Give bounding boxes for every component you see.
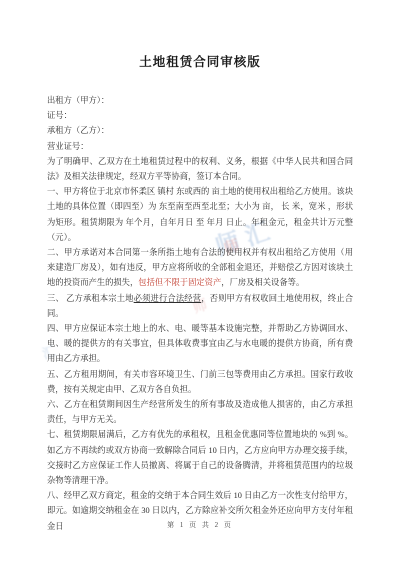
party-lessee-line: 承租方（乙方）：	[47, 123, 353, 138]
clause-7-text: 七、租赁期限届满后，乙方有优先的承租权，且租金优惠同等位置地块的 %到 %。如乙…	[47, 430, 353, 485]
clause-1: 一、甲方将位于北京市怀柔区 镇村 东或西的 亩土地的使用权出租给乙方使用。该块土…	[47, 184, 353, 245]
clause-2: 二、甲方承诺对本合同第一条所指土地有合法的使用权并有权出租给乙方使用（用来建造厂…	[47, 245, 353, 291]
clause-6-text: 六、乙方在租赁期间因生产经营所发生的所有事故及造成他人损害的，由乙方承担责任，与…	[47, 400, 353, 424]
clause-5: 五、乙方租用期间，有关市容环境卫生、门前三包等费用由乙方承担。国家行政收费，按有…	[47, 367, 353, 397]
party-lessor-line: 出租方（甲方）：	[47, 93, 353, 108]
party-cert-line: 证号：	[47, 108, 353, 123]
clause-3: 三、 乙方承租本宗土地必须进行合法经营，否则甲方有权收回土地使用权，终止合同。	[47, 291, 353, 321]
clause-1-text: 一、甲方将位于北京市怀柔区 镇村 东或西的 亩土地的使用权出租给乙方使用。该块土…	[47, 187, 353, 242]
clause-5-text: 五、乙方租用期间，有关市容环境卫生、门前三包等费用由乙方承担。国家行政收费，按有…	[47, 370, 353, 394]
clause-3-text: 三、 乙方承租本宗土地	[47, 294, 134, 303]
clause-2-highlighted-text: 包括但不限于固定资产	[138, 278, 221, 287]
clause-4: 四、甲方应保证本宗土地上的水、电、暖等基本设施完整，并帮助乙方协调回水、电、暖的…	[47, 321, 353, 367]
document-body: 出租方（甲方）： 证号： 承租方（乙方）： 营业证号： 为了明确甲、乙双方在土地…	[47, 93, 353, 534]
clause-6: 六、乙方在租赁期间因生产经营所发生的所有事故及造成他人损害的，由乙方承担责任，与…	[47, 397, 353, 427]
document-title: 土地租赁合同审核版	[0, 52, 400, 70]
clause-2-text-after: ，厂房及相关设备等。	[221, 278, 304, 287]
preamble-paragraph: 为了明确甲、乙双方在土地租赁过程中的权利、义务，根据《中华人民共和国合同法》及相…	[47, 154, 353, 184]
clause-7: 七、租赁期限届满后，乙方有优先的承租权，且租金优惠同等位置地块的 %到 %。如乙…	[47, 427, 353, 488]
clause-3-underlined-text: 必须进行合法经营	[134, 294, 202, 303]
contract-page: 师汇 师 师 汇 土地租赁合同审核版 出租方（甲方）： 证号： 承租方（乙方）：…	[0, 0, 400, 565]
party-business-cert-line: 营业证号：	[47, 139, 353, 154]
clause-4-text: 四、甲方应保证本宗土地上的水、电、暖等基本设施完整，并帮助乙方协调回水、电、暖的…	[47, 324, 353, 363]
page-number: 第 1 页 共 2 页	[0, 520, 400, 530]
